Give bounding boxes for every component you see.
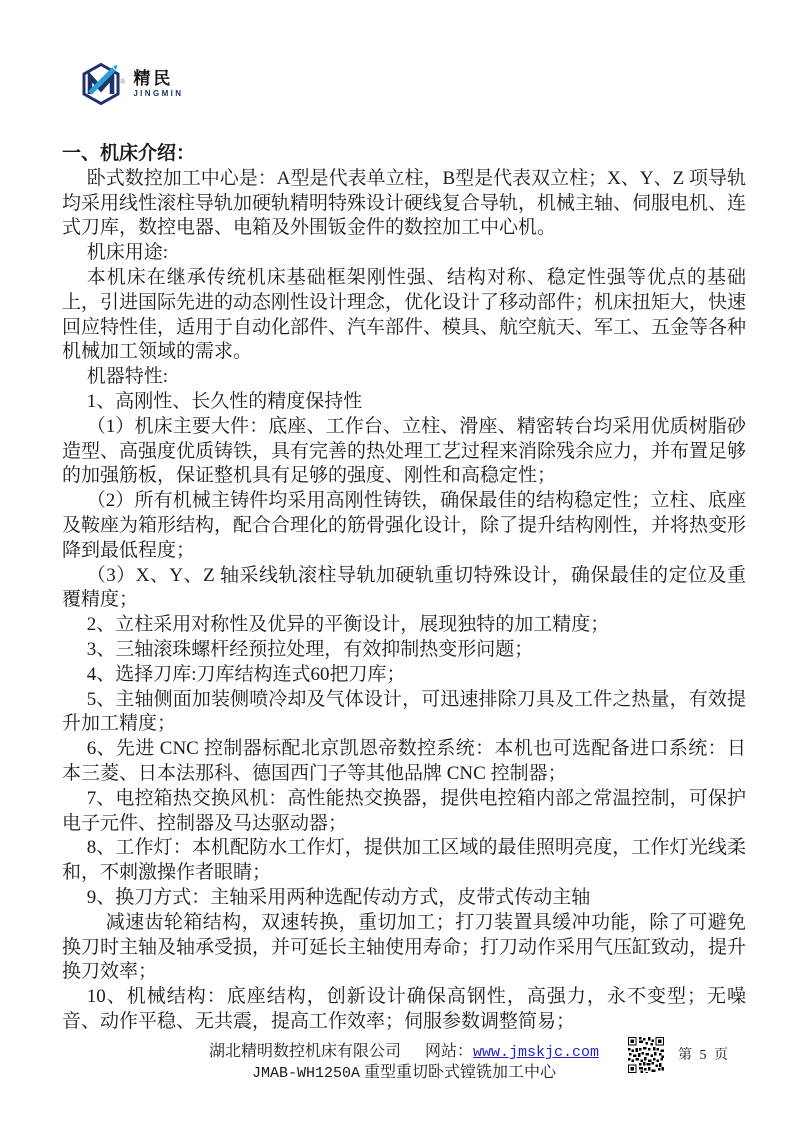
list-item: 3、三轴滚珠螺杆经预拉处理，有效抑制热变形问题； (62, 638, 746, 663)
paragraph: 本机床在继承传统机床基础框架刚性强、结构对称、稳定性强等优点的基础上，引进国际先… (62, 266, 746, 365)
logo-text: 精民 JINGMIN (133, 70, 183, 98)
continuation-paragraph: 减速齿轮箱结构，双速转换，重切加工；打刀装置具缓冲功能，除了可避免换刀时主轴及轴… (62, 911, 746, 985)
registered-mark: ® (120, 78, 125, 86)
paragraph: 机器特性: (62, 365, 746, 390)
brand-name-en: JINGMIN (133, 90, 183, 98)
model-name: 重型重切卧式镗铣加工中心 (364, 1064, 556, 1081)
model-code: JMAB-WH1250A (252, 1065, 360, 1082)
list-item: 10、机械结构：底座结构，创新设计确保高钢性，高强力，永不变型；无噪音、动作平稳… (62, 985, 746, 1035)
list-item: （2）所有机械主铸件均采用高刚性铸铁，确保最佳的结构稳定性；立柱、底座及鞍座为箱… (62, 489, 746, 563)
section-heading: 一、机床介绍： (62, 142, 746, 167)
list-item: （1）机床主要大件：底座、工作台、立柱、滑座、精密转台均采用优质树脂砂造型、高强… (62, 415, 746, 489)
paragraph: 卧式数控加工中心是：A型是代表单立柱，B型是代表双立柱；X、Y、Z 项导轨均采用… (62, 167, 746, 241)
brand-name-cn: 精民 (133, 70, 183, 87)
list-item: 4、选择刀库:刀库结构连式60把刀库； (62, 663, 746, 688)
document-body: 一、机床介绍： 卧式数控加工中心是：A型是代表单立柱，B型是代表双立柱；X、Y、… (62, 142, 746, 1035)
document-page: ® 精民 JINGMIN 一、机床介绍： 卧式数控加工中心是：A型是代表单立柱，… (0, 0, 800, 1133)
qr-code-icon (628, 1037, 664, 1073)
list-item: （3）X、Y、Z 轴采线轨滚柱导轨加硬轨重切特殊设计，确保最佳的定位及重覆精度； (62, 564, 746, 614)
list-item: 8、工作灯：本机配防水工作灯，提供加工区域的最佳照明亮度，工作灯光线柔和，不刺激… (62, 836, 746, 886)
list-item: 1、高刚性、长久性的精度保持性 (62, 390, 746, 415)
website-label: 网站： (425, 1043, 473, 1060)
hexagon-m-logo-icon (80, 62, 122, 106)
company-name: 湖北精明数控机床有限公司 (209, 1043, 401, 1060)
paragraph: 机床用途: (62, 241, 746, 266)
list-item: 2、立柱采用对称性及优异的平衡设计，展现独特的加工精度； (62, 613, 746, 638)
page-number: 第 5 页 (678, 1044, 730, 1064)
list-item: 9、换刀方式：主轴采用两种选配传动方式，皮带式传动主轴 (62, 886, 746, 911)
list-item: 6、先进 CNC 控制器标配北京凯恩帝数控系统：本机也可选配备进口系统：日本三菱… (62, 737, 746, 787)
company-logo: ® 精民 JINGMIN (80, 62, 183, 106)
list-item: 5、主轴侧面加装侧喷冷却及气体设计，可迅速排除刀具及工件之热量，有效提升加工精度… (62, 688, 746, 738)
list-item: 7、电控箱热交换风机：高性能热交换器，提供电控箱内部之常温控制，可保护电子元件、… (62, 787, 746, 837)
